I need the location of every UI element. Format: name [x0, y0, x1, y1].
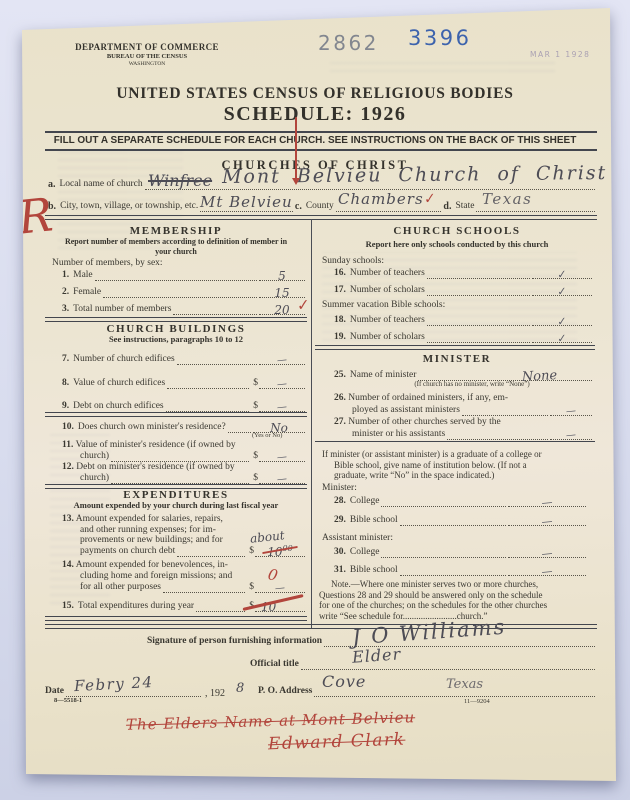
date-label: Date [45, 686, 64, 697]
row-label: Number of teachers [350, 268, 425, 279]
yes-or-no-caption: (Yes or No) [252, 432, 282, 439]
po-address-label: P. O. Address [258, 686, 312, 697]
answer-vbs-teachers: ✓ [532, 314, 592, 326]
agency-line2: BUREAU OF THE CENSUS [52, 53, 242, 60]
answer-assistant-college: — [508, 546, 586, 558]
minister-heading: MINISTER [319, 353, 595, 365]
row-label: Value of church edifices [73, 378, 165, 389]
dotted-line [103, 287, 257, 298]
row-label: Value of minister's residence (if owned … [76, 440, 236, 450]
row27-line2: minister or his assistants — [352, 428, 592, 440]
answer-edifices-value: — [259, 377, 305, 389]
row-number: 1. [62, 270, 69, 281]
handwritten-city: Mt Belvieu [200, 193, 293, 211]
double-rule [315, 345, 595, 350]
agency-line1: DEPARTMENT OF COMMERCE [52, 42, 242, 52]
red-check-total: ✓ [297, 295, 310, 315]
dollar-sign: $ [249, 546, 254, 557]
dollar-sign: $ [253, 378, 258, 389]
answer-assistant-bible-school: — [508, 564, 586, 576]
column-divider [311, 219, 312, 628]
answer-male: 5 [259, 269, 305, 281]
signature-label: Signature of person furnishing informati… [147, 636, 322, 647]
row-vbs-scholars: 19. Number of scholars ✓ [334, 331, 592, 343]
row-number: 10. [62, 422, 74, 433]
row-label: Amount expended for salaries, repairs, [76, 514, 223, 524]
double-rule [45, 317, 307, 322]
dotted-line [400, 515, 506, 526]
pencil-dash: — [508, 512, 587, 531]
row-label: Bible school [350, 565, 398, 576]
education-intro-line2: Bible school, give name of institution b… [334, 460, 527, 470]
double-rule [45, 616, 307, 621]
row-label: Number of ordained ministers, if any, em… [348, 393, 508, 403]
row-number: 18. [334, 315, 346, 326]
row-label: Total expenditures during year [78, 601, 194, 612]
row-minister-college: 28. College — [334, 495, 586, 507]
dollar-sign: $ [253, 473, 258, 484]
form-number-left: 8—5518-1 [54, 697, 82, 704]
dotted-line [167, 378, 249, 389]
pencil-dash: — [259, 450, 306, 466]
row-total-members: 3. Total number of members 20 [62, 303, 305, 315]
handwritten-church-name: Mont Belvieu Church of Christ [222, 162, 607, 188]
answer-residence-debt: — [259, 472, 305, 484]
red-caret-mark [295, 117, 297, 179]
row-label: Number of scholars [350, 285, 425, 296]
dotted-line [427, 315, 530, 326]
row-label: Male [73, 270, 93, 281]
received-date-stamp: MAR 1 1928 [530, 50, 590, 59]
row-edifices-value: 8. Value of church edifices $ — [62, 377, 305, 389]
dotted-line [163, 582, 245, 593]
row14-line1: 14. Amount expended for benevolences, in… [62, 560, 228, 570]
red-caret-arrowhead [292, 178, 300, 185]
answer-minister-college: — [508, 495, 586, 507]
photo-of-census-form: { "header": { "stamp_gray": "2862", "sta… [0, 0, 630, 800]
dotted-line [462, 405, 548, 416]
row-label: Number of church edifices [73, 354, 175, 365]
official-title-row: Official title [250, 659, 597, 670]
dotted-line [166, 401, 250, 412]
row-label: minister or his assistants [352, 429, 445, 440]
pencil-dash: — [259, 377, 306, 393]
dotted-line [301, 659, 595, 670]
row-number: 15. [62, 601, 74, 612]
row-number: 8. [62, 378, 69, 389]
handwritten-county: Chambers [338, 190, 424, 208]
row-label: church) [80, 451, 109, 462]
row-label: Number of scholars [350, 332, 425, 343]
membership-subheading: Report number of members according to de… [56, 237, 296, 256]
answer-edifices-count: — [259, 353, 305, 365]
red-check-county: ✓ [424, 190, 436, 208]
dotted-line [400, 565, 506, 576]
double-rule-identity [45, 215, 597, 220]
row-label: Debt on minister's residence (if owned b… [76, 462, 234, 472]
dotted-line [196, 601, 245, 612]
answer-edifices-debt: — [259, 400, 305, 412]
note-line2: Questions 28 and 29 should be answered o… [319, 590, 542, 600]
year-printed: , 192 [205, 688, 225, 699]
schedule-number-stamp-gray: 2862 [318, 31, 379, 55]
rule [315, 441, 595, 442]
dotted-line [111, 473, 249, 484]
dotted-line [173, 304, 257, 315]
row-number: 27. [334, 417, 346, 427]
membership-group-label: Number of members, by sex: [52, 258, 163, 268]
dollar-sign: $ [249, 582, 254, 593]
education-intro-line1: If minister (or assistant minister) is a… [322, 449, 542, 459]
row-label: Female [73, 287, 101, 298]
double-rule-bottom [45, 624, 597, 629]
red-note-line2: Edward Clark [268, 730, 406, 755]
row-edifices-debt: 9. Debt on church edifices $ — [62, 400, 305, 412]
row-label: Amount expended for benevolences, in- [76, 560, 228, 570]
answer-vbs-scholars: ✓ [532, 331, 592, 343]
field-d-label: State [455, 201, 474, 212]
po-address-row: P. O. Address [258, 686, 597, 697]
row-number: 7. [62, 354, 69, 365]
row-number: 31. [334, 565, 346, 576]
row-residence-debt-line2: church) $ — [80, 472, 305, 484]
field-c-label: County [306, 201, 334, 212]
agency-line3: WASHINGTON [52, 61, 242, 67]
row-male: 1. Male 5 [62, 269, 305, 281]
row-number: 26. [334, 393, 346, 403]
handwritten-official-title: Elder [351, 644, 401, 666]
pencil-dash: — [550, 404, 593, 419]
dotted-line [447, 429, 548, 440]
row-residence-debt-line1: 12. Debt on minister's residence (if own… [62, 462, 235, 472]
paper-sheet-wrap: DEPARTMENT OF COMMERCE BUREAU OF THE CEN… [0, 0, 630, 800]
answer-assistant-ministers: — [550, 404, 592, 416]
dollar-sign: $ [253, 451, 258, 462]
row-number: 30. [334, 547, 346, 558]
row-label: Number of other churches served by the [348, 417, 500, 427]
row-minister-bible-school: 29. Bible school — [334, 514, 586, 526]
schools-subheading: Report here only schools conducted by th… [319, 240, 595, 250]
row-label: Debt on church edifices [73, 401, 163, 412]
row-ss-teachers: 16. Number of teachers ✓ [334, 267, 592, 279]
row-label: Total number of members [73, 304, 171, 315]
row-number: 16. [334, 268, 346, 279]
dotted-line [177, 546, 245, 557]
row-assistant-bible-school: 31. Bible school — [334, 564, 586, 576]
dotted-line [228, 422, 251, 433]
answer-residence-value: — [259, 450, 305, 462]
double-rule [45, 484, 307, 489]
bleedthrough-texture [330, 62, 555, 78]
row26-line2: ployed as assistant ministers — [352, 404, 592, 416]
handwritten-state: Texas [482, 190, 532, 208]
row-number: 9. [62, 401, 69, 412]
row-label: College [350, 496, 380, 507]
row-number: 17. [334, 285, 346, 296]
form-title: UNITED STATES CENSUS OF RELIGIOUS BODIES [0, 85, 630, 103]
dotted-line [177, 354, 257, 365]
pencil-checkmark: ✓ [532, 312, 592, 331]
row27-line1: 27. Number of other churches served by t… [334, 417, 501, 427]
row-number: 14. [62, 560, 74, 570]
census-form-paper: DEPARTMENT OF COMMERCE BUREAU OF THE CEN… [0, 0, 630, 800]
field-c-number: c. [295, 201, 302, 212]
row-number: 2. [62, 287, 69, 298]
pencil-dash: — [508, 493, 587, 512]
dotted-line [427, 285, 530, 296]
row-edifices-count: 7. Number of church edifices — [62, 353, 305, 365]
banner-instruction: FILL OUT A SEPARATE SCHEDULE FOR EACH CH… [0, 135, 630, 146]
dollar-sign: $ [253, 401, 258, 412]
row-label: ployed as assistant ministers [352, 405, 460, 416]
row-label: College [350, 547, 380, 558]
buildings-subheading: See instructions, paragraphs 10 to 12 [45, 335, 307, 345]
dotted-line [381, 496, 506, 507]
note-line3: for one of the churches; on the schedule… [319, 600, 547, 610]
row-residence-value-line2: church) $ — [80, 450, 305, 462]
official-title-label: Official title [250, 659, 299, 670]
handwritten-value: 5 [259, 271, 305, 282]
schools-heading: CHURCH SCHOOLS [319, 225, 595, 237]
pencil-checkmark: ✓ [532, 265, 592, 284]
form-number-right: 11—9204 [464, 698, 490, 705]
pencil-dash: — [508, 544, 587, 563]
answer-ss-scholars: ✓ [532, 284, 592, 296]
dotted-line [427, 268, 530, 279]
row-assistant-college: 30. College — [334, 546, 586, 558]
row13-line3: provements or new buildings; and for [80, 535, 223, 545]
agency-block: DEPARTMENT OF COMMERCE BUREAU OF THE CEN… [52, 42, 242, 67]
row-ss-scholars: 17. Number of scholars ✓ [334, 284, 592, 296]
row-label: church) [80, 473, 109, 484]
field-b-label: City, town, village, or township, etc. [60, 201, 198, 212]
handwritten-year-digit: 8 [236, 681, 244, 696]
row14-line2: cluding home and foreign missions; and [80, 571, 232, 581]
minister-group-label: Minister: [322, 483, 357, 493]
form-subtitle: SCHEDULE: 1926 [0, 103, 630, 126]
sunday-schools-label: Sunday schools: [322, 256, 384, 266]
row-label: Does church own minister's residence? [78, 422, 226, 433]
field-d-number: d. [443, 201, 451, 212]
row-number: 29. [334, 515, 346, 526]
double-rule [45, 412, 307, 417]
rule-below-banner [45, 149, 597, 151]
row-number: 25. [334, 370, 346, 381]
handwritten-po-state: Texas [446, 677, 483, 692]
answer-other-churches: — [550, 428, 592, 440]
row26-line1: 26. Number of ordained ministers, if any… [334, 393, 508, 403]
handwritten-po-address: Cove [322, 672, 366, 691]
row-number: 11. [62, 440, 73, 450]
row-number: 12. [62, 462, 74, 472]
row-number: 13. [62, 514, 74, 524]
row-number: 28. [334, 496, 346, 507]
vacation-schools-label: Summer vacation Bible schools: [322, 300, 445, 310]
row-number: 19. [334, 332, 346, 343]
pencil-checkmark: ✓ [532, 282, 592, 301]
field-a-label: Local name of church [60, 179, 143, 190]
answer-benevolences: — [255, 581, 305, 593]
membership-heading: MEMBERSHIP [45, 225, 307, 237]
expenditures-subheading: Amount expended by your church during la… [45, 501, 307, 511]
answer-ss-teachers: ✓ [532, 267, 592, 279]
row-vbs-teachers: 18. Number of teachers ✓ [334, 314, 592, 326]
education-intro-line3: graduate, write “No” in the space indica… [334, 470, 494, 480]
dotted-line [111, 451, 249, 462]
dotted-line [427, 332, 530, 343]
note-line1: Note.—Where one minister serves two or m… [331, 579, 538, 589]
rule-above-banner [45, 131, 597, 133]
row-label: for all other purposes [80, 582, 161, 593]
handwritten-struck-name: Winfree [148, 171, 212, 190]
row-label: payments on church debt [80, 546, 175, 557]
assistant-group-label: Assistant minister: [322, 533, 393, 543]
minister-name-caption: (If church has no minister, write “None”… [352, 380, 592, 388]
row13-line2: and other running expenses; for im- [80, 525, 216, 535]
row-residence-value-line1: 11. Value of minister's residence (if ow… [62, 440, 236, 450]
row13-line1: 13. Amount expended for salaries, repair… [62, 514, 223, 524]
dotted-line [95, 270, 257, 281]
row-label: Number of teachers [350, 315, 425, 326]
pencil-dash: — [259, 353, 306, 369]
row-number: 3. [62, 304, 69, 315]
answer-minister-bible-school: — [508, 514, 586, 526]
row-female: 2. Female 15 [62, 286, 305, 298]
row-label: Bible school [350, 515, 398, 526]
dotted-line [381, 547, 506, 558]
red-margin-letter: R [16, 191, 55, 240]
schedule-number-stamp-blue: 3396 [408, 26, 471, 50]
